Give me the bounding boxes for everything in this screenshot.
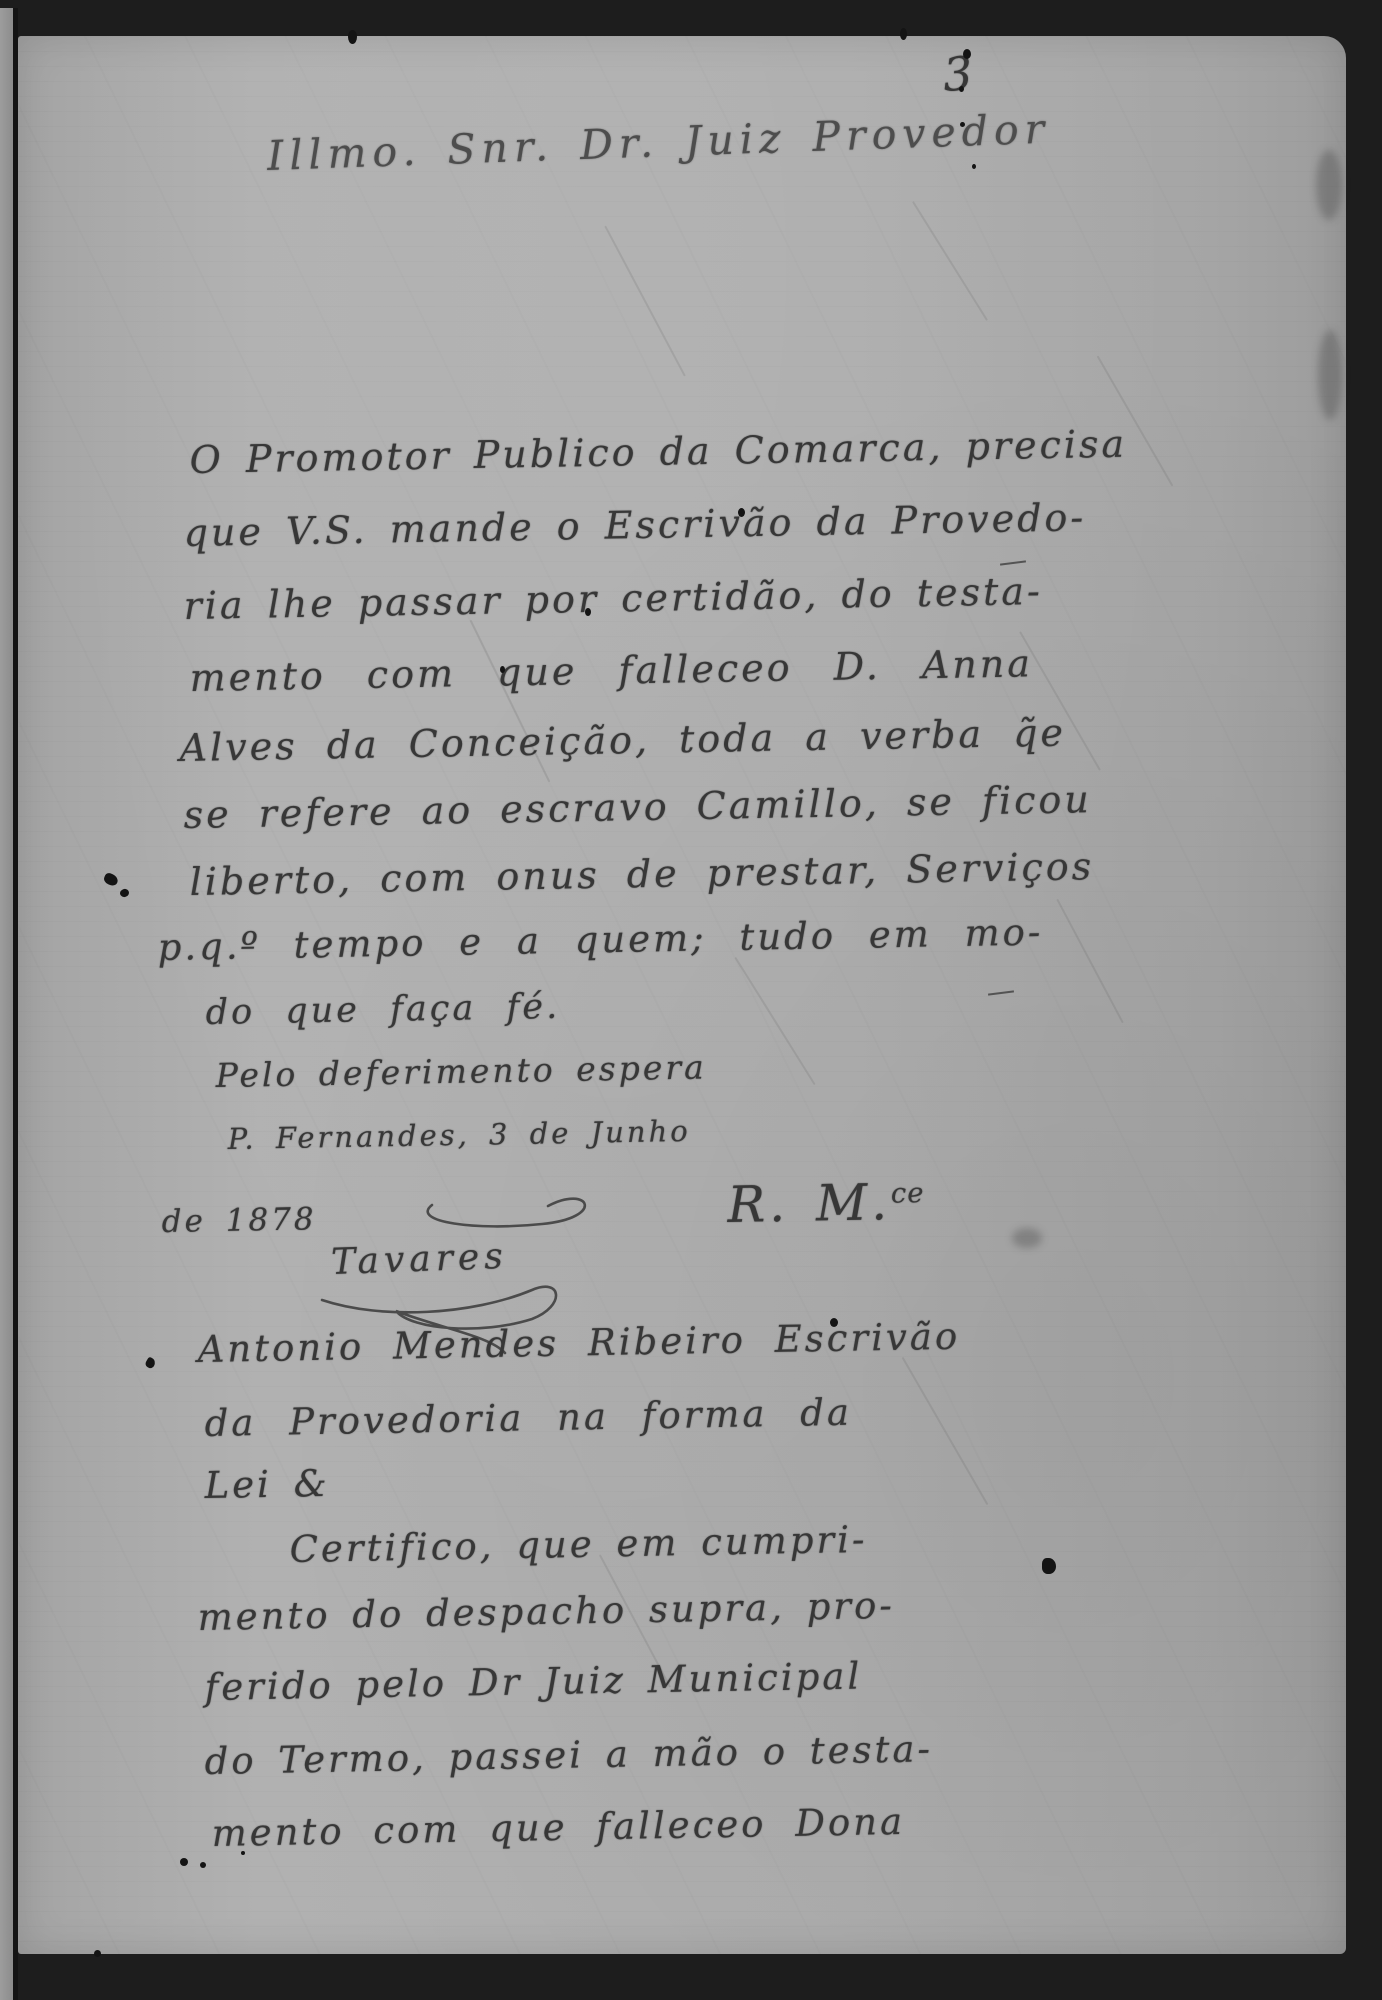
respect-abbreviation: R. M.ce bbox=[727, 1173, 925, 1234]
ink-speck bbox=[94, 1950, 101, 1957]
page-number: 3 bbox=[941, 46, 977, 102]
ink-speck bbox=[500, 666, 505, 673]
ink-speck bbox=[180, 1858, 188, 1866]
petition-line: do que faça fé. bbox=[205, 987, 560, 1033]
certificate-line: Lei & bbox=[204, 1462, 330, 1507]
adjacent-page-edge bbox=[0, 8, 18, 2000]
respect-main: R. M. bbox=[727, 1173, 892, 1234]
ink-speck bbox=[972, 164, 976, 169]
ink-speck bbox=[900, 28, 907, 40]
ink-speck bbox=[585, 608, 591, 616]
ink-blot bbox=[1042, 1558, 1056, 1574]
ink-speck bbox=[241, 1851, 245, 1855]
ink-speck bbox=[830, 1318, 838, 1327]
ink-speck bbox=[959, 86, 964, 92]
scan-smudge bbox=[1012, 1228, 1042, 1248]
scanned-manuscript-page: 3 Illmo. Snr. Dr. Juiz Provedor O Promot… bbox=[0, 0, 1382, 2000]
scan-smudge bbox=[1318, 330, 1342, 420]
ink-speck bbox=[200, 1862, 206, 1868]
ink-speck bbox=[960, 122, 965, 127]
ink-speck bbox=[963, 49, 971, 59]
respect-superscript: ce bbox=[891, 1177, 925, 1210]
scan-smudge bbox=[1316, 150, 1342, 220]
ink-speck bbox=[738, 508, 745, 517]
ink-speck bbox=[348, 30, 357, 44]
